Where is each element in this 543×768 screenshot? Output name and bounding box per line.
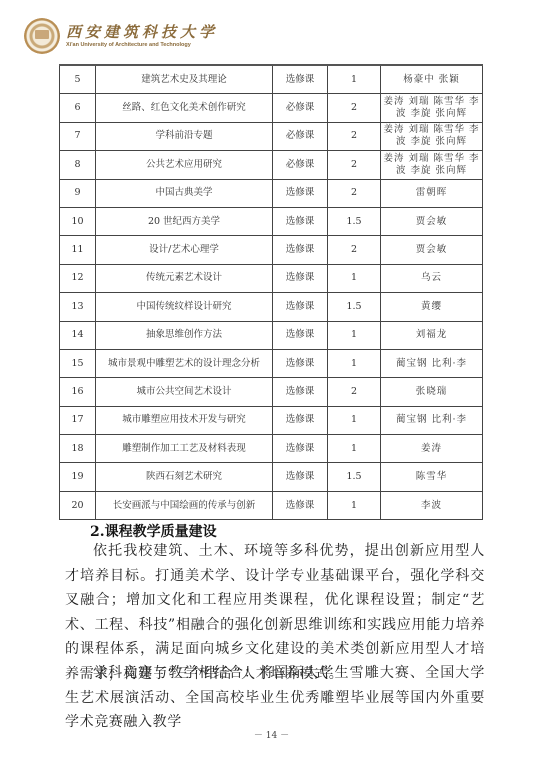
row-number-cell: 10 <box>60 207 96 235</box>
course-name-cell: 传统元素艺术设计 <box>96 264 273 292</box>
course-name-cell: 设计/艺术心理学 <box>96 236 273 264</box>
course-type-cell: 选修课 <box>273 264 328 292</box>
table-row: 16城市公共空间艺术设计选修课2张晓瑞 <box>60 378 483 406</box>
credit-cell: 1 <box>328 406 381 434</box>
course-type-cell: 选修课 <box>273 435 328 463</box>
teacher-cell: 乌云 <box>381 264 483 292</box>
row-number-cell: 19 <box>60 463 96 491</box>
course-name-cell: 公共艺术应用研究 <box>96 151 273 179</box>
course-type-cell: 选修课 <box>273 349 328 377</box>
page-number: － 14 － <box>0 728 543 741</box>
course-type-cell: 必修课 <box>273 122 328 150</box>
section-title: 2.课程教学质量建设 <box>90 521 217 541</box>
teacher-cell: 杨豪中 张颖 <box>381 65 483 94</box>
table-row: 17城市雕塑应用技术开发与研究选修课1蔺宝钢 比利·李 <box>60 406 483 434</box>
table-row: 5建筑艺术史及其理论选修课1杨豪中 张颖 <box>60 65 483 94</box>
university-name-en: Xi'an University of Architecture and Tec… <box>66 41 218 49</box>
row-number-cell: 9 <box>60 179 96 207</box>
credit-cell: 1 <box>328 321 381 349</box>
teacher-cell: 蔺宝钢 比利·李 <box>381 406 483 434</box>
course-name-cell: 长安画派与中国绘画的传承与创新 <box>96 491 273 519</box>
row-number-cell: 14 <box>60 321 96 349</box>
teacher-cell: 刘福龙 <box>381 321 483 349</box>
course-type-cell: 必修课 <box>273 151 328 179</box>
credit-cell: 2 <box>328 151 381 179</box>
university-name-cn: 西安建筑科技大学 <box>66 24 218 41</box>
course-name-cell: 抽象思维创作方法 <box>96 321 273 349</box>
teacher-cell: 贾会敏 <box>381 236 483 264</box>
university-seal-icon <box>24 18 60 54</box>
course-type-cell: 选修课 <box>273 207 328 235</box>
credit-cell: 1 <box>328 491 381 519</box>
course-type-cell: 选修课 <box>273 65 328 94</box>
row-number-cell: 13 <box>60 293 96 321</box>
paragraph: 学科竞赛与教学相结合：将国际大学生雪雕大赛、全国大学生艺术展演活动、全国高校毕业… <box>65 661 485 735</box>
table-row: 1020 世纪西方美学选修课1.5贾会敏 <box>60 207 483 235</box>
row-number-cell: 6 <box>60 94 96 122</box>
course-type-cell: 选修课 <box>273 179 328 207</box>
teacher-cell: 雷朝晖 <box>381 179 483 207</box>
table-row: 11设计/艺术心理学选修课2贾会敏 <box>60 236 483 264</box>
teacher-cell: 蔺宝钢 比利·李 <box>381 349 483 377</box>
course-name-cell: 陕西石刻艺术研究 <box>96 463 273 491</box>
course-name-cell: 建筑艺术史及其理论 <box>96 65 273 94</box>
course-type-cell: 选修课 <box>273 236 328 264</box>
teacher-cell: 李波 <box>381 491 483 519</box>
course-name-cell: 中国传统纹样设计研究 <box>96 293 273 321</box>
course-type-cell: 选修课 <box>273 406 328 434</box>
university-brand: 西安建筑科技大学 Xi'an University of Architectur… <box>66 24 218 49</box>
credit-cell: 2 <box>328 179 381 207</box>
table-row: 20长安画派与中国绘画的传承与创新选修课1李波 <box>60 491 483 519</box>
row-number-cell: 5 <box>60 65 96 94</box>
credit-cell: 1.5 <box>328 293 381 321</box>
course-name-cell: 丝路、红色文化美术创作研究 <box>96 94 273 122</box>
teacher-cell: 姜涛 刘瑞 陈雪华 李波 李旋 张向辉 <box>381 122 483 150</box>
row-number-cell: 20 <box>60 491 96 519</box>
course-table: 5建筑艺术史及其理论选修课1杨豪中 张颖6丝路、红色文化美术创作研究必修课2姜涛… <box>59 64 483 520</box>
table-row: 14抽象思维创作方法选修课1刘福龙 <box>60 321 483 349</box>
course-type-cell: 选修课 <box>273 293 328 321</box>
credit-cell: 1 <box>328 65 381 94</box>
row-number-cell: 11 <box>60 236 96 264</box>
table-row: 9中国古典美学选修课2雷朝晖 <box>60 179 483 207</box>
teacher-cell: 张晓瑞 <box>381 378 483 406</box>
course-type-cell: 选修课 <box>273 321 328 349</box>
teacher-cell: 姜涛 刘瑞 陈雪华 李波 李旋 张向辉 <box>381 151 483 179</box>
teacher-cell: 贾会敏 <box>381 207 483 235</box>
course-type-cell: 选修课 <box>273 378 328 406</box>
row-number-cell: 12 <box>60 264 96 292</box>
course-name-cell: 学科前沿专题 <box>96 122 273 150</box>
table-row: 19陕西石刻艺术研究选修课1.5陈雪华 <box>60 463 483 491</box>
teacher-cell: 黄缨 <box>381 293 483 321</box>
row-number-cell: 18 <box>60 435 96 463</box>
credit-cell: 1.5 <box>328 463 381 491</box>
credit-cell: 2 <box>328 236 381 264</box>
course-name-cell: 雕塑制作加工工艺及材料表现 <box>96 435 273 463</box>
row-number-cell: 7 <box>60 122 96 150</box>
course-type-cell: 选修课 <box>273 491 328 519</box>
table-row: 12传统元素艺术设计选修课1乌云 <box>60 264 483 292</box>
teacher-cell: 姜涛 刘瑞 陈雪华 李波 李旋 张向辉 <box>381 94 483 122</box>
course-name-cell: 中国古典美学 <box>96 179 273 207</box>
row-number-cell: 8 <box>60 151 96 179</box>
table-row: 8公共艺术应用研究必修课2姜涛 刘瑞 陈雪华 李波 李旋 张向辉 <box>60 151 483 179</box>
credit-cell: 2 <box>328 378 381 406</box>
table-row: 18雕塑制作加工工艺及材料表现选修课1姜涛 <box>60 435 483 463</box>
table-row: 6丝路、红色文化美术创作研究必修课2姜涛 刘瑞 陈雪华 李波 李旋 张向辉 <box>60 94 483 122</box>
credit-cell: 2 <box>328 122 381 150</box>
table-row: 13中国传统纹样设计研究选修课1.5黄缨 <box>60 293 483 321</box>
credit-cell: 1 <box>328 349 381 377</box>
row-number-cell: 16 <box>60 378 96 406</box>
course-type-cell: 选修课 <box>273 463 328 491</box>
credit-cell: 2 <box>328 94 381 122</box>
course-name-cell: 城市景观中雕塑艺术的设计理念分析 <box>96 349 273 377</box>
page-header: 西安建筑科技大学 Xi'an University of Architectur… <box>24 14 218 58</box>
row-number-cell: 15 <box>60 349 96 377</box>
credit-cell: 1 <box>328 435 381 463</box>
credit-cell: 1 <box>328 264 381 292</box>
course-name-cell: 20 世纪西方美学 <box>96 207 273 235</box>
course-name-cell: 城市公共空间艺术设计 <box>96 378 273 406</box>
course-type-cell: 必修课 <box>273 94 328 122</box>
teacher-cell: 姜涛 <box>381 435 483 463</box>
course-name-cell: 城市雕塑应用技术开发与研究 <box>96 406 273 434</box>
table-row: 7学科前沿专题必修课2姜涛 刘瑞 陈雪华 李波 李旋 张向辉 <box>60 122 483 150</box>
table-row: 15城市景观中雕塑艺术的设计理念分析选修课1蔺宝钢 比利·李 <box>60 349 483 377</box>
row-number-cell: 17 <box>60 406 96 434</box>
teacher-cell: 陈雪华 <box>381 463 483 491</box>
credit-cell: 1.5 <box>328 207 381 235</box>
